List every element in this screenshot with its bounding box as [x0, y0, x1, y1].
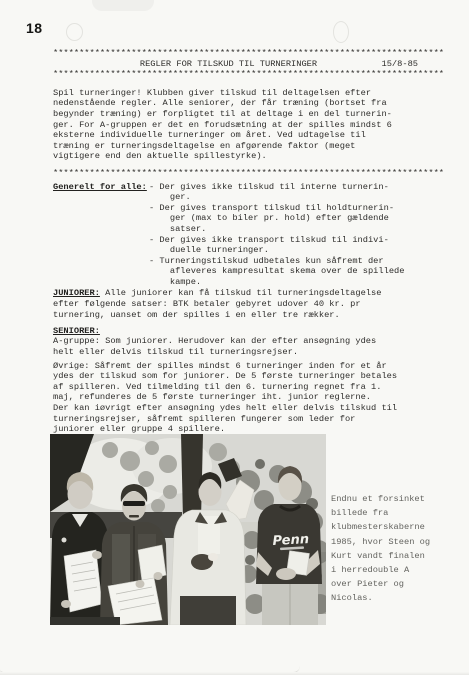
text-line: helt eller delvis tilskud til turnerings…: [53, 347, 448, 358]
seniorer-section: SENIORER: A-gruppe: Som juniorer. Herudo…: [53, 326, 448, 358]
text-line: maj, refunderes de 5 første turneringer …: [53, 392, 448, 403]
page-number: 18: [26, 20, 43, 36]
document-header: REGLER FOR TILSKUD TIL TURNERINGER 15/8-…: [53, 59, 448, 70]
intro-paragraph: Spil turneringer! Klubben giver tilskud …: [53, 88, 448, 162]
seniorer-heading: SENIORER:: [53, 326, 100, 336]
seniorer-lines: A-gruppe: Som juniorer. Herudover kan de…: [53, 336, 448, 357]
bullet-line: - Der gives ikke transport tilskud til i…: [149, 235, 448, 246]
separator-line: ****************************************…: [53, 69, 448, 80]
general-bullet-list: - Der gives ikke tilskud til interne tur…: [149, 182, 448, 288]
punch-hole-right: [333, 21, 349, 43]
text-line: eksterne individuelle turneringer om åre…: [53, 130, 448, 141]
juniorer-section: JUNIORER: Alle juniorer kan få tilskud t…: [53, 288, 448, 320]
text-line: Der kan iøvrigt efter ansøgning ydes hel…: [53, 403, 448, 414]
bullet-line: - Der gives ikke tilskud til interne tur…: [149, 182, 448, 193]
juniorer-heading: JUNIORER:: [53, 288, 100, 298]
general-section-label: Generelt for alle:: [53, 182, 149, 193]
caption-line: klubmesterskaberne: [331, 520, 463, 534]
document-title: REGLER FOR TILSKUD TIL TURNERINGER: [140, 59, 317, 69]
caption-line: billede fra: [331, 506, 463, 520]
text-line: træning er turneringsdeltagelse en afgør…: [53, 141, 448, 152]
text-line: A-gruppe: Som juniorer. Herudover kan de…: [53, 336, 448, 347]
caption-line: i herredouble A: [331, 563, 463, 577]
text-line: efter følgende satser: BTK betaler gebyr…: [53, 299, 448, 310]
bullet-line: ger.: [149, 192, 448, 203]
separator-line: ****************************************…: [53, 48, 448, 59]
photo-caption: Endnu et forsinketbillede fraklubmesters…: [331, 492, 463, 606]
juniorer-first-line: JUNIORER: Alle juniorer kan få tilskud t…: [53, 288, 448, 299]
caption-line: Kurt vandt finalen: [331, 549, 463, 563]
caption-line: Endnu et forsinket: [331, 492, 463, 506]
bullet-line: afleveres kampresultat skema over de spi…: [149, 266, 448, 277]
bullet-line: ger (max to biler pr. hold) efter gælden…: [149, 213, 448, 224]
bullet-line: - Der gives transport tilskud til holdtu…: [149, 203, 448, 214]
scan-smudge: [92, 0, 154, 11]
club-photo: Penn: [50, 434, 326, 625]
text-line: begynder træning) er forpligtet til at d…: [53, 109, 448, 120]
text-line: turnering, uanset om der spilles i en el…: [53, 310, 448, 321]
juniorer-lines: efter følgende satser: BTK betaler gebyr…: [53, 299, 448, 320]
document-body: ****************************************…: [53, 48, 448, 435]
text-line: Spil turneringer! Klubben giver tilskud …: [53, 88, 448, 99]
separator-line: ****************************************…: [53, 168, 448, 179]
text-line: af spilleren. Ved tilmelding til den 6. …: [53, 382, 448, 393]
seniorer-heading-line: SENIORER:: [53, 326, 448, 337]
document-date: 15/8-85: [382, 59, 419, 70]
caption-line: Nicolas.: [331, 591, 463, 605]
penn-shirt-logo: Penn: [272, 532, 309, 549]
text-line: nedenstående regler. Alle seniorer, der …: [53, 98, 448, 109]
caption-line: 1985, hvor Steen og: [331, 535, 463, 549]
text-line: Øvrige: Såfremt der spilles mindst 6 tur…: [53, 361, 448, 372]
ovrige-paragraph: Øvrige: Såfremt der spilles mindst 6 tur…: [53, 361, 448, 435]
caption-line: over Pieter og: [331, 577, 463, 591]
juniorer-first-line-rest: Alle juniorer kan få tilskud til turneri…: [100, 288, 382, 298]
newsletter-page: 18 *************************************…: [0, 0, 469, 675]
text-line: ydes der tilskud som for juniorer. De 5 …: [53, 371, 448, 382]
text-line: vigtigere end den aktuelle spillestyrke)…: [53, 151, 448, 162]
bullet-line: kampe.: [149, 277, 448, 288]
text-line: ger. For A-gruppen er det en forudsætnin…: [53, 120, 448, 131]
bullet-line: duelle turneringer.: [149, 245, 448, 256]
punch-hole-left: [66, 23, 83, 41]
bullet-line: - Turneringstilskud udbetales kun såfrem…: [149, 256, 448, 267]
text-line: turneringsrejser, såfremt spilleren fung…: [53, 414, 448, 425]
bullet-line: satser.: [149, 224, 448, 235]
general-section: Generelt for alle: - Der gives ikke tils…: [53, 182, 448, 288]
